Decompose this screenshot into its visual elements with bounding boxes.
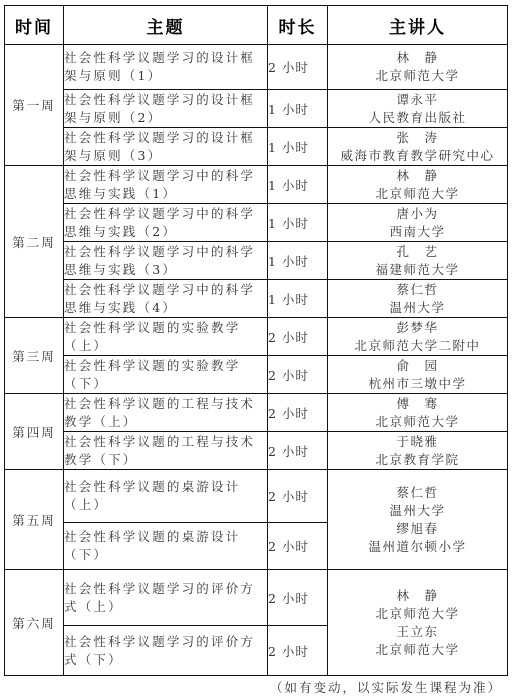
speaker-name: 缪旭春 (328, 520, 507, 538)
speaker-org: 杭州市三墩中学 (328, 375, 507, 393)
topic-cell: 社会性科学议题的工程与技术教学（下） (64, 432, 268, 470)
duration-cell: 2 小时 (268, 318, 328, 356)
speaker-name: 彭梦华 (328, 319, 507, 337)
table-row: 社会性科学议题学习的设计框架与原则（2） 1 小时 谭永平 人民教育出版社 (5, 90, 508, 128)
speaker-cell: 蔡仁哲 温州大学 缪旭春 温州道尔顿小学 (328, 470, 508, 570)
speaker-org: 北京师范大学 (328, 605, 507, 623)
duration-cell: 2 小时 (268, 45, 328, 90)
speaker-name: 张 涛 (328, 129, 507, 147)
table-row: 社会性科学议题的工程与技术教学（下） 2 小时 于晓雅 北京教育学院 (5, 432, 508, 470)
speaker-org: 温州道尔顿小学 (328, 538, 507, 556)
topic-cell: 社会性科学议题的实验教学（上） (64, 318, 268, 356)
topic-cell: 社会性科学议题学习中的科学思维与实践（2） (64, 204, 268, 242)
footer-note: （如有变动，以实际发生课程为准） (270, 678, 502, 696)
table-header-row: 时间 主题 时长 主讲人 (5, 6, 508, 45)
duration-cell: 2 小时 (268, 626, 328, 676)
topic-cell: 社会性科学议题学习的设计框架与原则（3） (64, 128, 268, 166)
speaker-cell: 林 静 北京师范大学 (328, 45, 508, 90)
topic-cell: 社会性科学议题学习中的科学思维与实践（3） (64, 242, 268, 280)
duration-cell: 2 小时 (268, 470, 328, 523)
speaker-org: 福建师范大学 (328, 261, 507, 279)
speaker-name: 林 静 (328, 587, 507, 605)
speaker-org: 温州大学 (328, 299, 507, 317)
duration-cell: 1 小时 (268, 90, 328, 128)
week-label: 第一周 (5, 45, 64, 166)
speaker-cell: 蔡仁哲 温州大学 (328, 280, 508, 318)
speaker-cell: 唐小为 西南大学 (328, 204, 508, 242)
speaker-org: 北京师范大学 (328, 67, 507, 85)
speaker-cell: 林 静 北京师范大学 (328, 166, 508, 204)
topic-cell: 社会性科学议题学习的设计框架与原则（2） (64, 90, 268, 128)
speaker-name: 林 静 (328, 49, 507, 67)
topic-cell: 社会性科学议题的工程与技术教学（上） (64, 394, 268, 432)
speaker-cell: 于晓雅 北京教育学院 (328, 432, 508, 470)
week-label: 第六周 (5, 570, 64, 676)
speaker-name: 谭永平 (328, 91, 507, 109)
speaker-org: 西南大学 (328, 223, 507, 241)
speaker-org: 北京师范大学二附中 (328, 337, 507, 355)
speaker-name: 唐小为 (328, 205, 507, 223)
duration-cell: 1 小时 (268, 166, 328, 204)
topic-cell: 社会性科学议题学习的评价方式（下） (64, 626, 268, 676)
table-row: 社会性科学议题学习中的科学思维与实践（3） 1 小时 孔 艺 福建师范大学 (5, 242, 508, 280)
topic-cell: 社会性科学议题的实验教学（下） (64, 356, 268, 394)
topic-cell: 社会性科学议题的桌游设计（上） (64, 470, 268, 523)
topic-cell: 社会性科学议题学习中的科学思维与实践（1） (64, 166, 268, 204)
duration-cell: 2 小时 (268, 432, 328, 470)
speaker-org: 北京师范大学 (328, 413, 507, 431)
speaker-org: 温州大学 (328, 502, 507, 520)
speaker-org: 威海市教育教学研究中心 (328, 147, 507, 165)
week-label: 第二周 (5, 166, 64, 318)
speaker-name: 蔡仁哲 (328, 484, 507, 502)
column-header-week: 时间 (5, 6, 64, 45)
speaker-cell: 孔 艺 福建师范大学 (328, 242, 508, 280)
duration-cell: 1 小时 (268, 204, 328, 242)
duration-cell: 2 小时 (268, 523, 328, 570)
table-row: 第一周 社会性科学议题学习的设计框架与原则（1） 2 小时 林 静 北京师范大学 (5, 45, 508, 90)
speaker-name: 傅 骞 (328, 395, 507, 413)
table-row: 第五周 社会性科学议题的桌游设计（上） 2 小时 蔡仁哲 温州大学 缪旭春 温州… (5, 470, 508, 523)
table-row: 社会性科学议题的实验教学（下） 2 小时 俞 园 杭州市三墩中学 (5, 356, 508, 394)
speaker-name: 于晓雅 (328, 433, 507, 451)
column-header-duration: 时长 (268, 6, 328, 45)
week-label: 第三周 (5, 318, 64, 394)
speaker-name: 蔡仁哲 (328, 281, 507, 299)
table-row: 第六周 社会性科学议题学习的评价方式（上） 2 小时 林 静 北京师范大学 王立… (5, 570, 508, 626)
duration-cell: 1 小时 (268, 242, 328, 280)
table-row: 社会性科学议题学习中的科学思维与实践（2） 1 小时 唐小为 西南大学 (5, 204, 508, 242)
course-schedule-table: 时间 主题 时长 主讲人 第一周 社会性科学议题学习的设计框架与原则（1） 2 … (4, 5, 508, 676)
speaker-name: 孔 艺 (328, 243, 507, 261)
speaker-cell: 俞 园 杭州市三墩中学 (328, 356, 508, 394)
week-label: 第五周 (5, 470, 64, 570)
table-row: 社会性科学议题学习的设计框架与原则（3） 1 小时 张 涛 威海市教育教学研究中… (5, 128, 508, 166)
week-label: 第四周 (5, 394, 64, 470)
duration-cell: 1 小时 (268, 128, 328, 166)
duration-cell: 2 小时 (268, 356, 328, 394)
table-row: 第二周 社会性科学议题学习中的科学思维与实践（1） 1 小时 林 静 北京师范大… (5, 166, 508, 204)
table-row: 第三周 社会性科学议题的实验教学（上） 2 小时 彭梦华 北京师范大学二附中 (5, 318, 508, 356)
speaker-org: 北京教育学院 (328, 451, 507, 469)
duration-cell: 1 小时 (268, 280, 328, 318)
topic-cell: 社会性科学议题学习中的科学思维与实践（4） (64, 280, 268, 318)
speaker-name: 王立东 (328, 623, 507, 641)
duration-cell: 2 小时 (268, 570, 328, 626)
topic-cell: 社会性科学议题的桌游设计（下） (64, 523, 268, 570)
speaker-org: 北京师范大学 (328, 641, 507, 659)
topic-cell: 社会性科学议题学习的评价方式（上） (64, 570, 268, 626)
speaker-name: 俞 园 (328, 357, 507, 375)
speaker-org: 北京师范大学 (328, 185, 507, 203)
column-header-topic: 主题 (64, 6, 268, 45)
speaker-cell: 谭永平 人民教育出版社 (328, 90, 508, 128)
speaker-cell: 傅 骞 北京师范大学 (328, 394, 508, 432)
duration-cell: 2 小时 (268, 394, 328, 432)
speaker-cell: 张 涛 威海市教育教学研究中心 (328, 128, 508, 166)
column-header-speaker: 主讲人 (328, 6, 508, 45)
table-row: 社会性科学议题学习中的科学思维与实践（4） 1 小时 蔡仁哲 温州大学 (5, 280, 508, 318)
table-row: 第四周 社会性科学议题的工程与技术教学（上） 2 小时 傅 骞 北京师范大学 (5, 394, 508, 432)
speaker-cell: 林 静 北京师范大学 王立东 北京师范大学 (328, 570, 508, 676)
speaker-cell: 彭梦华 北京师范大学二附中 (328, 318, 508, 356)
topic-cell: 社会性科学议题学习的设计框架与原则（1） (64, 45, 268, 90)
speaker-name: 林 静 (328, 167, 507, 185)
speaker-org: 人民教育出版社 (328, 109, 507, 127)
